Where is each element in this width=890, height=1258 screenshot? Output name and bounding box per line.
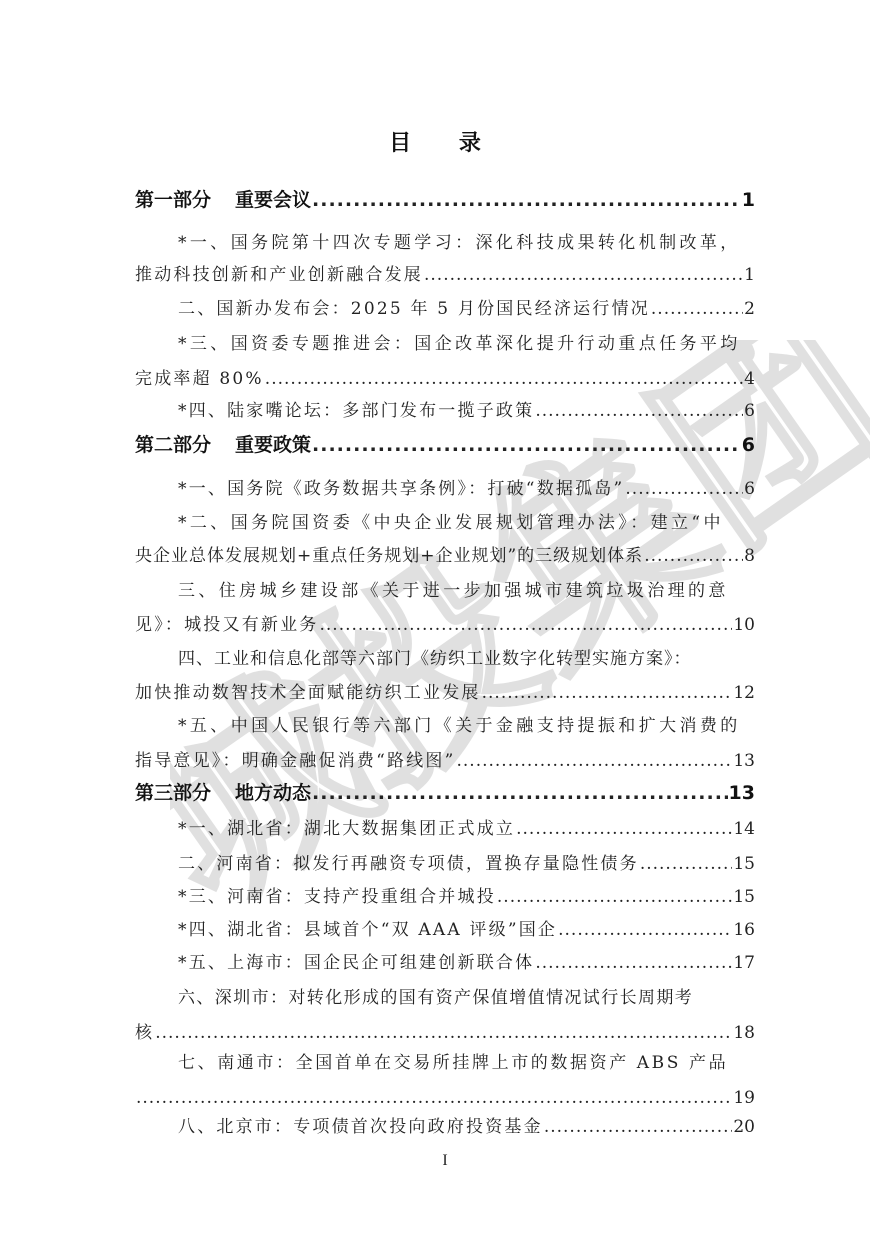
toc-entry-3-1[interactable]: *一、湖北省：湖北大数据集团正式成立 14 (135, 816, 755, 842)
entry-title: *四、陆家嘴论坛：多部门发布一揽子政策 (135, 398, 534, 424)
entry-title: *三、河南省：支持产投重组合并城投 (135, 884, 496, 910)
toc-entry-3-7-line1[interactable]: 七、南通市：全国首单在交易所挂牌上市的数据资产 ABS 产品 (135, 1050, 755, 1076)
leader-dots (312, 780, 728, 806)
leader-dots (497, 884, 732, 910)
toc-entry-3-2[interactable]: 二、河南省：拟发行再融资专项债，置换存量隐性债务 15 (135, 851, 755, 877)
entry-title-cont: 加快推动数智技术全面赋能纺织工业发展 (135, 680, 481, 706)
entry-title: 四、工业和信息化部等六部门《纺织工业数字化转型实施方案》： (135, 646, 692, 672)
page-ref: 6 (742, 432, 755, 458)
part-label: 第二部分 (135, 434, 211, 456)
leader-dots (535, 950, 732, 976)
entry-title-cont: 核 (135, 1020, 154, 1046)
page-ref: 10 (733, 612, 755, 638)
toc-entry-1-3-line1[interactable]: *三、国资委专题推进会：国企改革深化提升行动重点任务平均 (135, 331, 755, 357)
toc-entry-1-2[interactable]: 二、国新办发布会：2025 年 5 月份国民经济运行情况 2 (135, 296, 755, 322)
leader-dots (312, 187, 741, 213)
leader-dots (651, 296, 743, 322)
entry-title: 八、北京市：专项债首次投向政府投资基金 (135, 1114, 543, 1140)
entry-title: 三、住房城乡建设部《关于进一步加强城市建筑垃圾治理的意 (135, 578, 729, 604)
entry-title-cont: 见》：城投又有新业务 (135, 612, 319, 638)
entry-title: *一、国务院第十四次专题学习：深化科技成果转化机制改革， (135, 230, 741, 256)
entry-title-cont: 推动科技创新和产业创新融合发展 (135, 262, 423, 288)
page-ref: 13 (733, 748, 755, 774)
page-ref: 4 (744, 366, 755, 392)
entry-title: 七、南通市：全国首单在交易所挂牌上市的数据资产 ABS 产品 (135, 1050, 728, 1076)
toc-entry-2-2-line2[interactable]: 央企业总体发展规划+重点任务规划+企业规划”的三级规划体系 8 (135, 543, 755, 569)
entry-title: 二、河南省：拟发行再融资专项债，置换存量隐性债务 (135, 851, 639, 877)
toc-entry-2-5-line1[interactable]: *五、中国人民银行等六部门《关于金融支持提振和扩大消费的 (135, 713, 755, 739)
entry-title: *五、上海市：国企民企可组建创新联合体 (135, 950, 534, 976)
toc-entry-3-6-line1[interactable]: 六、深圳市：对转化形成的国有资产保值增值情况试行长周期考 (135, 985, 755, 1011)
entry-title-cont: 指导意见》：明确金融促消费“路线图” (135, 748, 455, 774)
leader-dots (640, 851, 733, 877)
leader-dots (644, 543, 743, 569)
toc-entry-2-2-line1[interactable]: *二、国务院国资委《中央企业发展规划管理办法》：建立“中 (135, 510, 755, 536)
toc-part-1[interactable]: 第一部分重要会议 1 (135, 187, 755, 213)
page-ref: 6 (744, 476, 755, 502)
entry-title: *二、国务院国资委《中央企业发展规划管理办法》：建立“中 (135, 510, 724, 536)
toc-entry-3-4[interactable]: *四、湖北省：县域首个“双 AAA 评级”国企 16 (135, 917, 755, 943)
entry-title: *三、国资委专题推进会：国企改革深化提升行动重点任务平均 (135, 331, 741, 357)
document-page: 城投集团 目 录 第一部分重要会议 1 *一、国务院第十四次专题学习：深化科技成… (0, 0, 890, 1258)
toc-part-2[interactable]: 第二部分重要政策 6 (135, 432, 755, 458)
page-ref: 19 (733, 1085, 755, 1111)
page-ref: 14 (733, 816, 755, 842)
leader-dots (155, 1020, 732, 1046)
toc-entry-1-4[interactable]: *四、陆家嘴论坛：多部门发布一揽子政策 6 (135, 398, 755, 424)
leader-dots (456, 748, 732, 774)
toc-entry-2-3-line1[interactable]: 三、住房城乡建设部《关于进一步加强城市建筑垃圾治理的意 (135, 578, 755, 604)
leader-dots (544, 1114, 733, 1140)
leader-dots (535, 398, 743, 424)
leader-dots (320, 612, 733, 638)
entry-title: 六、深圳市：对转化形成的国有资产保值增值情况试行长周期考 (135, 985, 693, 1011)
page-ref: 18 (733, 1020, 755, 1046)
part-name: 重要政策 (235, 434, 311, 456)
page-number: I (0, 1152, 890, 1170)
page-ref: 20 (733, 1114, 755, 1140)
toc-entry-2-3-line2[interactable]: 见》：城投又有新业务 10 (135, 612, 755, 638)
page-ref: 17 (733, 950, 755, 976)
page-ref: 15 (733, 851, 755, 877)
leader-dots (312, 432, 741, 458)
toc-entry-1-1-line2[interactable]: 推动科技创新和产业创新融合发展 1 (135, 262, 755, 288)
leader-dots (625, 476, 743, 502)
leader-dots (482, 680, 733, 706)
entry-title-cont: 央企业总体发展规划+重点任务规划+企业规划”的三级规划体系 (135, 543, 643, 569)
leader-dots (424, 262, 743, 288)
toc-entry-3-5[interactable]: *五、上海市：国企民企可组建创新联合体 17 (135, 950, 755, 976)
page-ref: 13 (729, 780, 755, 806)
entry-title: *一、湖北省：湖北大数据集团正式成立 (135, 816, 515, 842)
leader-dots (136, 1085, 732, 1111)
page-ref: 15 (733, 884, 755, 910)
page-ref: 16 (733, 917, 755, 943)
toc-part-3[interactable]: 第三部分地方动态 13 (135, 780, 755, 806)
page-ref: 12 (733, 680, 755, 706)
entry-title: *一、国务院《政务数据共享条例》：打破“数据孤岛” (135, 476, 624, 502)
toc-entry-2-4-line2[interactable]: 加快推动数智技术全面赋能纺织工业发展 12 (135, 680, 755, 706)
leader-dots (558, 917, 732, 943)
toc-entry-1-3-line2[interactable]: 完成率超 80% 4 (135, 366, 755, 392)
page-ref: 2 (744, 296, 755, 322)
toc-entry-2-1[interactable]: *一、国务院《政务数据共享条例》：打破“数据孤岛” 6 (135, 476, 755, 502)
page-ref: 8 (744, 543, 755, 569)
toc-entry-2-4-line1[interactable]: 四、工业和信息化部等六部门《纺织工业数字化转型实施方案》： (135, 646, 755, 672)
toc-entry-2-5-line2[interactable]: 指导意见》：明确金融促消费“路线图” 13 (135, 748, 755, 774)
entry-title: *四、湖北省：县域首个“双 AAA 评级”国企 (135, 917, 557, 943)
page-ref: 6 (744, 398, 755, 424)
toc-entry-3-3[interactable]: *三、河南省：支持产投重组合并城投 15 (135, 884, 755, 910)
leader-dots (516, 816, 732, 842)
toc-entry-3-6-line2[interactable]: 核 18 (135, 1020, 755, 1046)
page-ref: 1 (744, 262, 755, 288)
part-label: 第三部分 (135, 782, 211, 804)
part-name: 地方动态 (235, 782, 311, 804)
entry-title-cont: 完成率超 80% (135, 366, 264, 392)
toc-entry-1-1-line1[interactable]: *一、国务院第十四次专题学习：深化科技成果转化机制改革， (135, 230, 755, 256)
leader-dots (265, 366, 743, 392)
entry-title: 二、国新办发布会：2025 年 5 月份国民经济运行情况 (135, 296, 650, 322)
part-label: 第一部分 (135, 189, 211, 211)
toc-entry-3-7-line2[interactable]: 19 (135, 1085, 755, 1111)
entry-title: *五、中国人民银行等六部门《关于金融支持提振和扩大消费的 (135, 713, 741, 739)
page-ref: 1 (742, 187, 755, 213)
toc-entry-3-8[interactable]: 八、北京市：专项债首次投向政府投资基金 20 (135, 1114, 755, 1140)
part-name: 重要会议 (235, 189, 311, 211)
toc-title: 目 录 (0, 126, 890, 157)
